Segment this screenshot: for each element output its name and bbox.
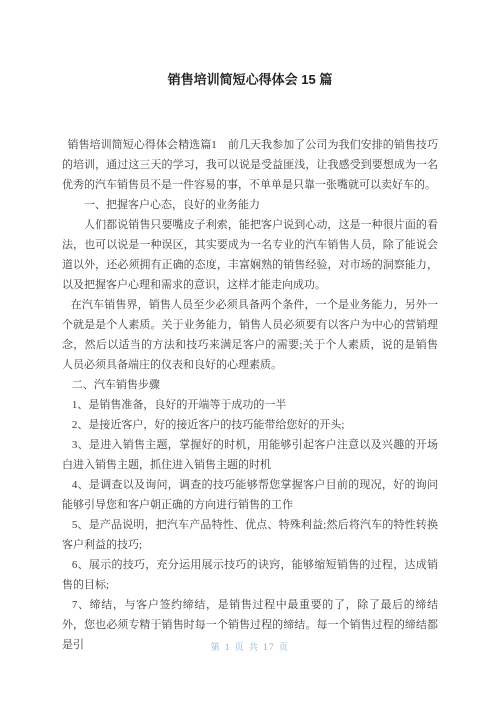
paragraph: 4、是调查以及询问，调查的技巧能够帮您掌握客户目前的现况，好的询问能够引导您和客… bbox=[62, 475, 438, 515]
paragraph: 人们都说销售只要嘴皮子利索，能把客户说到心动，这是一种很片面的看法，也可以说是一… bbox=[62, 215, 438, 295]
paragraph: 在汽车销售界，销售人员至少必须具备两个条件，一个是业务能力，另外一个就是是个人素… bbox=[62, 295, 438, 375]
paragraph: 一、把握客户心态，良好的业务能力 bbox=[62, 195, 438, 215]
document-page: 销售培训简短心得体会 15 篇 销售培训简短心得体会精选篇1 前几天我参加了公司… bbox=[0, 0, 500, 707]
paragraph: 5、是产品说明，把汽车产品特性、优点、特殊利益;然后将汽车的特性转换客户利益的技… bbox=[62, 515, 438, 555]
document-title: 销售培训简短心得体会 15 篇 bbox=[0, 0, 500, 91]
page-footer: 第 1 页 共 17 页 bbox=[0, 641, 500, 653]
paragraph: 2、是接近客户，好的接近客户的技巧能带给您好的开头; bbox=[62, 415, 438, 435]
document-body: 销售培训简短心得体会精选篇1 前几天我参加了公司为我们安排的销售技巧的培训，通过… bbox=[62, 135, 438, 655]
paragraph: 销售培训简短心得体会精选篇1 前几天我参加了公司为我们安排的销售技巧的培训，通过… bbox=[62, 135, 438, 195]
paragraph: 1、是销售准备，良好的开端等于成功的一半 bbox=[62, 395, 438, 415]
paragraph: 3、是进入销售主题，掌握好的时机，用能够引起客户注意以及兴趣的开场白进入销售主题… bbox=[62, 435, 438, 475]
paragraph: 6、展示的技巧，充分运用展示技巧的诀窍，能够缩短销售的过程，达成销售的目标; bbox=[62, 555, 438, 595]
paragraph: 二、汽车销售步骤 bbox=[62, 375, 438, 395]
